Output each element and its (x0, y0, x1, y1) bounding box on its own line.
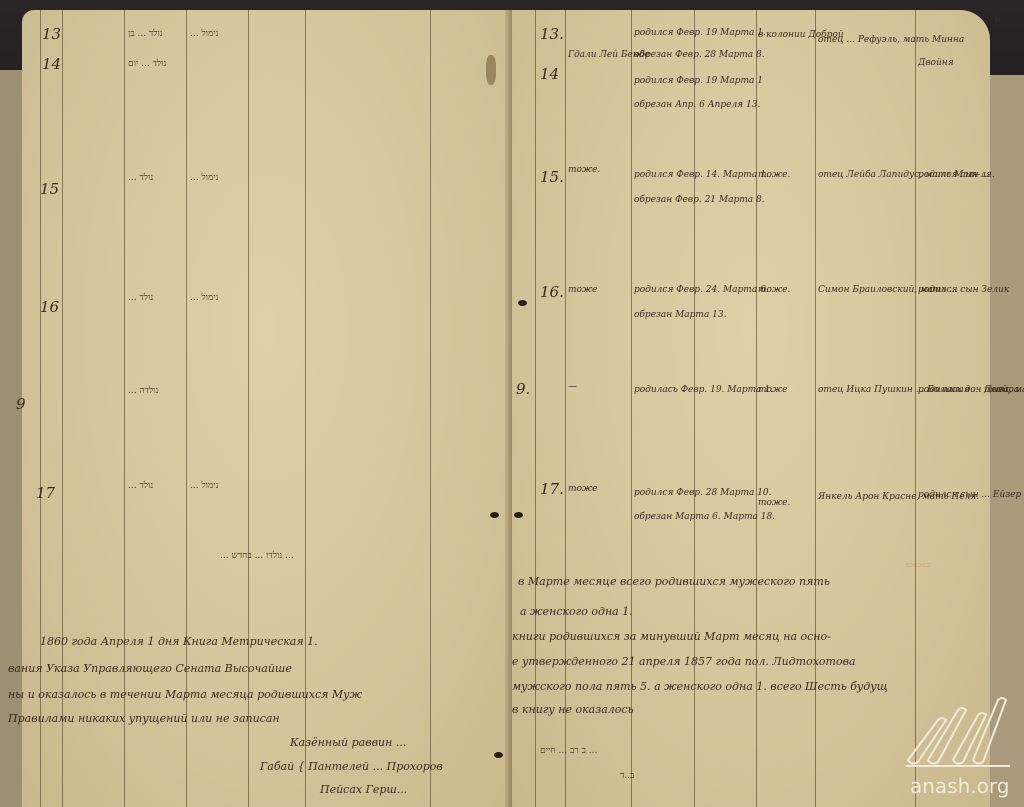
hebrew-entry: נולד ... יום (128, 58, 166, 69)
hebrew-entry: נולד ... בן (128, 28, 163, 39)
row-number: 14 (540, 65, 559, 83)
hebrew-signature: ... ב רב ... חיים (540, 745, 597, 756)
note-cell: родился сын ... Ейзер (918, 490, 1021, 500)
summary-line: 1860 года Апреля 1 дня Книга Метрическая… (40, 635, 318, 648)
birth-cell: родился Февр. 19 Марта 1. (634, 28, 766, 38)
circumcision-cell: обрезан Марта 13. (634, 310, 726, 320)
note-cell: родился сын ... (918, 170, 990, 180)
summary-line: в книгу не оказалось (512, 703, 634, 716)
circumcision-cell: обрезан Февр. 28 Марта 8. (634, 50, 765, 60)
circumcision-cell: обрезан Апр. 6 Апреля 13. (634, 100, 760, 110)
summary-line: книги родившихся за минувший Март месяц … (512, 630, 831, 643)
hebrew-entry: נולד ... (128, 480, 153, 491)
binding-hole (490, 512, 499, 518)
faded-red-stamp: ▭▭▭ (905, 560, 931, 570)
summary-line: е утвержденного 21 апреля 1857 года пол.… (512, 655, 856, 668)
signature: Казённый раввин ... (290, 736, 406, 749)
signature: Габай { Пантелей ... Прохоров (260, 760, 443, 773)
status-cell: тоже (758, 385, 788, 395)
page-number: 6 (995, 15, 1001, 25)
hebrew-entry: נולד ... (128, 172, 153, 183)
row-number: 17 (36, 484, 55, 502)
binding-hole (514, 512, 523, 518)
place-cell: тоже. (568, 165, 600, 175)
birth-cell: родился Февр. 24. Марта 6. (634, 285, 769, 295)
row-number: 14 (42, 55, 61, 73)
column-rule (915, 10, 916, 807)
status-cell: тоже. (758, 285, 790, 295)
birth-cell: родился Февр. 28 Марта 10. (634, 488, 772, 498)
row-number: 15 (40, 180, 59, 198)
place-cell: тоже (568, 484, 598, 494)
row-number: 17. (540, 480, 564, 498)
row-number: 9. (516, 380, 530, 398)
summary-line: вания Указа Управляющего Сената Высочайш… (8, 662, 292, 675)
summary-line: Правилами никаких упущений или не записа… (8, 712, 280, 725)
summary-line: мужского пола пять 5. а женского одна 1.… (512, 680, 888, 693)
hebrew-entry: נימול ... (190, 292, 219, 303)
place-cell: тоже (568, 285, 598, 295)
summary-line: в Марте месяце всего родившихся мужеског… (518, 575, 830, 588)
hebrew-entry: נימול ... (190, 28, 219, 39)
binding-hole (494, 752, 503, 758)
birth-cell: родилась Февр. 19. Марта 1. (634, 385, 773, 395)
row-number: 15. (540, 168, 564, 186)
status-cell: тоже. (758, 498, 790, 508)
row-number: 9 (16, 395, 26, 413)
place-cell: — (568, 382, 577, 392)
note-cell: родился сын Зелик (918, 285, 1009, 295)
row-number: 13. (540, 25, 564, 43)
note-cell: родилась доч Двойра (918, 385, 1019, 395)
row-number: 13 (42, 25, 61, 43)
anash-watermark: anash.org (898, 690, 1018, 800)
circumcision-cell: обрезан Февр. 21 Марта 8. (634, 195, 765, 205)
hebrew-entry: נימול ... (190, 480, 219, 491)
summary-line: а женского одна 1. (520, 605, 633, 618)
ink-stain (486, 55, 496, 85)
note-cell: Двойня (918, 58, 954, 68)
binding-hole (518, 300, 527, 306)
summary-line: ны и оказалось в течении Марта месяца ро… (8, 688, 362, 701)
hebrew-entry: נולדה ... (128, 385, 158, 396)
signature: Пейсах Герш... (320, 783, 407, 796)
column-rule (430, 10, 431, 807)
birth-cell: родился Февр. 19 Марта 1 (634, 76, 763, 86)
circumcision-cell: обрезан Марта 6. Марта 18. (634, 512, 775, 522)
status-cell: тоже. (758, 170, 790, 180)
anash-logo-icon (898, 690, 1018, 772)
hebrew-signature: ב..ד (620, 770, 634, 781)
hebrew-entry: נולד ... (128, 292, 153, 303)
watermark-text: anash.org (910, 774, 1009, 798)
row-number: 16 (40, 298, 59, 316)
row-number: 16. (540, 283, 564, 301)
hebrew-note: ... נולדו ... בחדש ... (220, 550, 294, 561)
parents-cell: отец ... Рефуэль, мать Минна (818, 35, 964, 45)
hebrew-entry: נימול ... (190, 172, 219, 183)
birth-cell: родился Февр. 14. Марта 1. (634, 170, 769, 180)
